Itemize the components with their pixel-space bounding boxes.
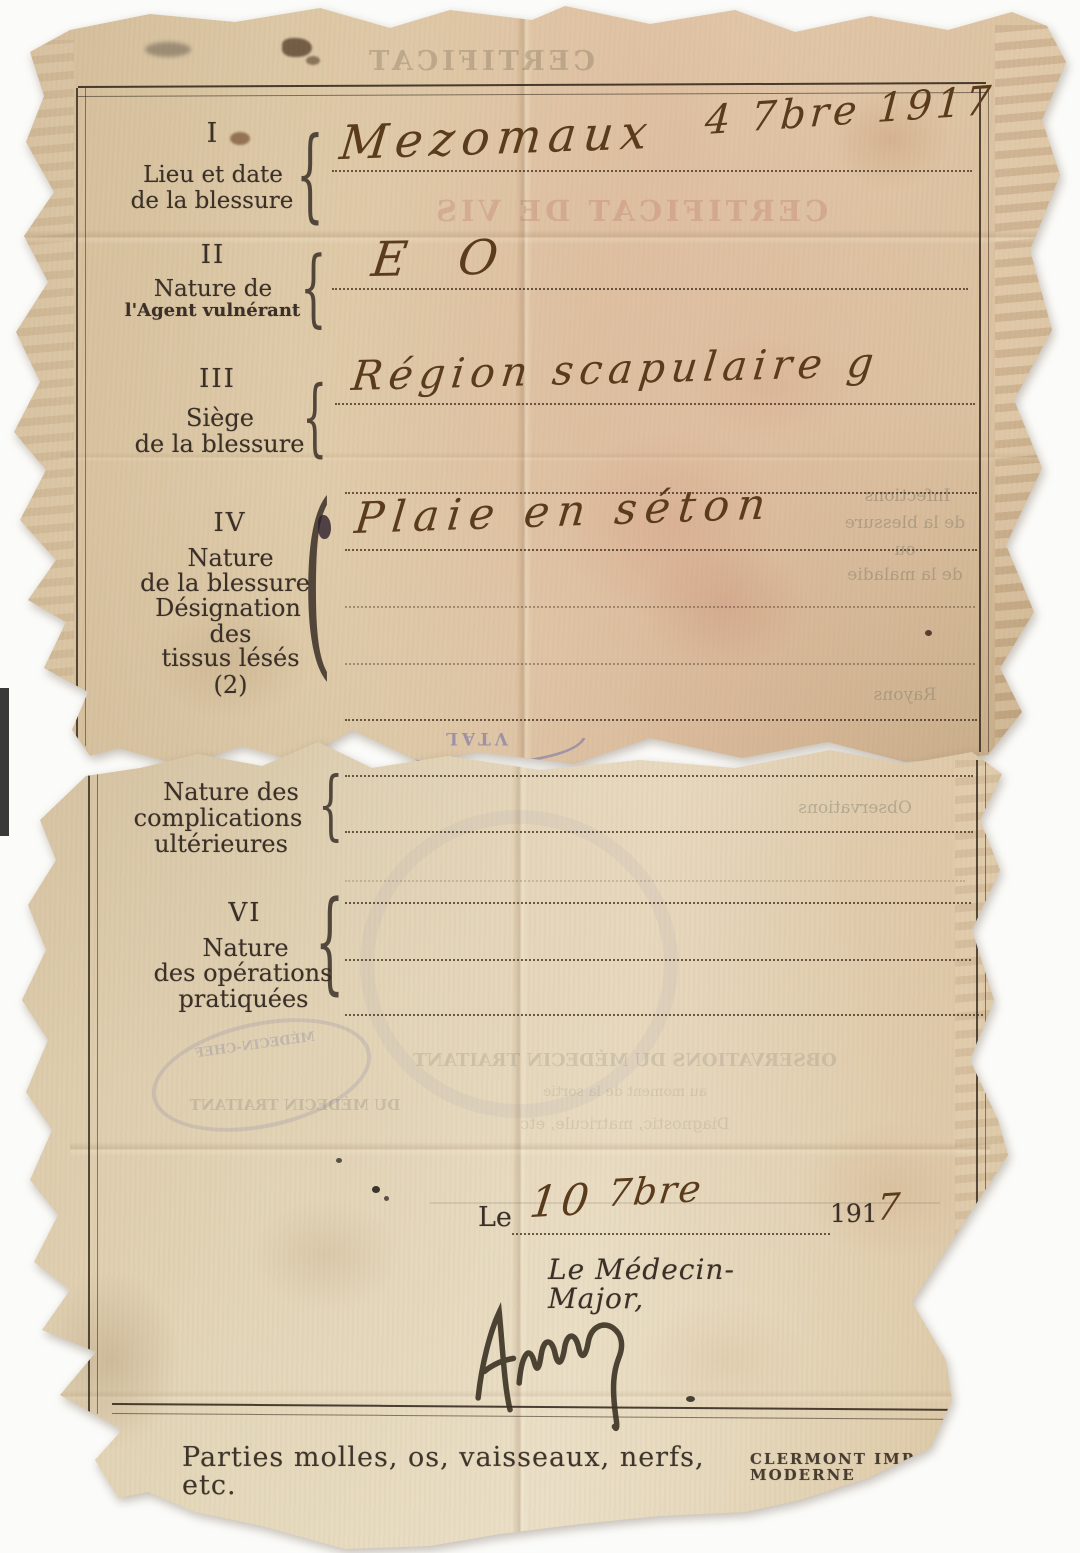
- stain: [250, 1200, 400, 1310]
- dotted-rule: [345, 992, 983, 1016]
- section-vi-label: Nature: [173, 936, 318, 961]
- bleedthrough-traitant: DU MÉDECIN TRAITANT: [140, 1096, 450, 1114]
- bleedthrough-observations: au moment de la sortie: [475, 1084, 775, 1100]
- footnote-parties-molles: Parties molles, os, vaisseaux, nerfs, et…: [182, 1444, 722, 1501]
- section-vi-label: pratiquées: [146, 987, 341, 1012]
- printer-mark: CLERMONT IMP MODERNE: [750, 1452, 990, 1484]
- dotted-rule: [345, 937, 971, 961]
- date-year-digit-handwriting: 7: [876, 1186, 902, 1229]
- medecin-major-signature: [457, 1285, 667, 1444]
- dotted-rule: [345, 880, 971, 904]
- date-day-handwriting: 10: [527, 1175, 596, 1229]
- bleedthrough-observations: OBSERVATIONS DU MÉDECIN TRAITANT: [410, 1050, 840, 1071]
- dotted-rule: [345, 858, 965, 882]
- stamp-ghost-large: [360, 810, 678, 1118]
- frame-left-border: [88, 766, 98, 1414]
- section-v-label: Nature des: [136, 780, 326, 805]
- section-vi-numeral: VI: [200, 898, 290, 928]
- scanned-wound-certificate: CERTIFICAT CERTIFICAT DE VIS Infections …: [0, 0, 1080, 1553]
- ink-dot: [372, 1186, 380, 1193]
- stain: [640, 1300, 810, 1420]
- section-v-label: complications: [108, 806, 328, 831]
- date-month-handwriting: 7bre: [605, 1167, 705, 1215]
- paper-bottom-piece: MÉDECIN-CHEF DU MÉDECIN TRAITANT Observa…: [0, 0, 1080, 1553]
- section-vi-brace: {: [315, 886, 344, 996]
- frame-right-border: [976, 760, 986, 1412]
- section-v-label: ultérieures: [126, 832, 316, 857]
- ink-dot: [686, 1396, 695, 1402]
- ink-dot: [336, 1158, 342, 1163]
- dotted-rule: [345, 753, 973, 777]
- bleedthrough-observations: Diagnostic, matricule, etc: [445, 1114, 805, 1133]
- dotted-rule: [345, 809, 973, 833]
- stain: [40, 1270, 180, 1450]
- paper-bottom-shadow: MÉDECIN-CHEF DU MÉDECIN TRAITANT Observa…: [0, 0, 1080, 1553]
- ink-dot: [384, 1196, 389, 1201]
- stamp-ghost-left: [141, 1000, 381, 1150]
- section-v-brace: {: [318, 768, 343, 844]
